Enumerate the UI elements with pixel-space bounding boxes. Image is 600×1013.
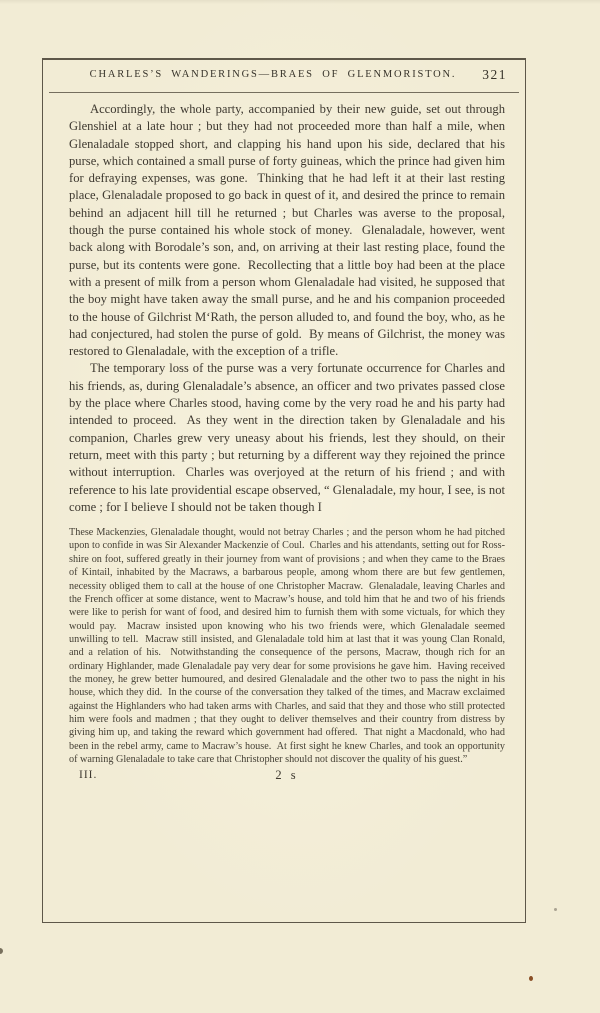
scan-speck: [0, 948, 3, 954]
page-number: 321: [482, 67, 507, 83]
scan-speck: [529, 976, 533, 981]
signature-mark: 2 s: [275, 768, 298, 783]
footnote: These Mackenzies, Glenaladale thought, w…: [69, 526, 505, 766]
running-header-title: CHARLES’S WANDERINGS—BRAES OF GLENMORIST…: [69, 69, 505, 80]
page-frame: CHARLES’S WANDERINGS—BRAES OF GLENMORIST…: [42, 58, 526, 923]
body-paragraph-2: The temporary loss of the purse was a ve…: [69, 360, 505, 516]
header-rule: [49, 92, 519, 93]
running-header: CHARLES’S WANDERINGS—BRAES OF GLENMORIST…: [69, 69, 505, 89]
volume-numeral: III.: [79, 769, 97, 781]
scan-speck: [554, 908, 557, 911]
page-footer: III. 2 s: [69, 769, 505, 785]
body-paragraph-1: Accordingly, the whole party, accompanie…: [69, 101, 505, 360]
